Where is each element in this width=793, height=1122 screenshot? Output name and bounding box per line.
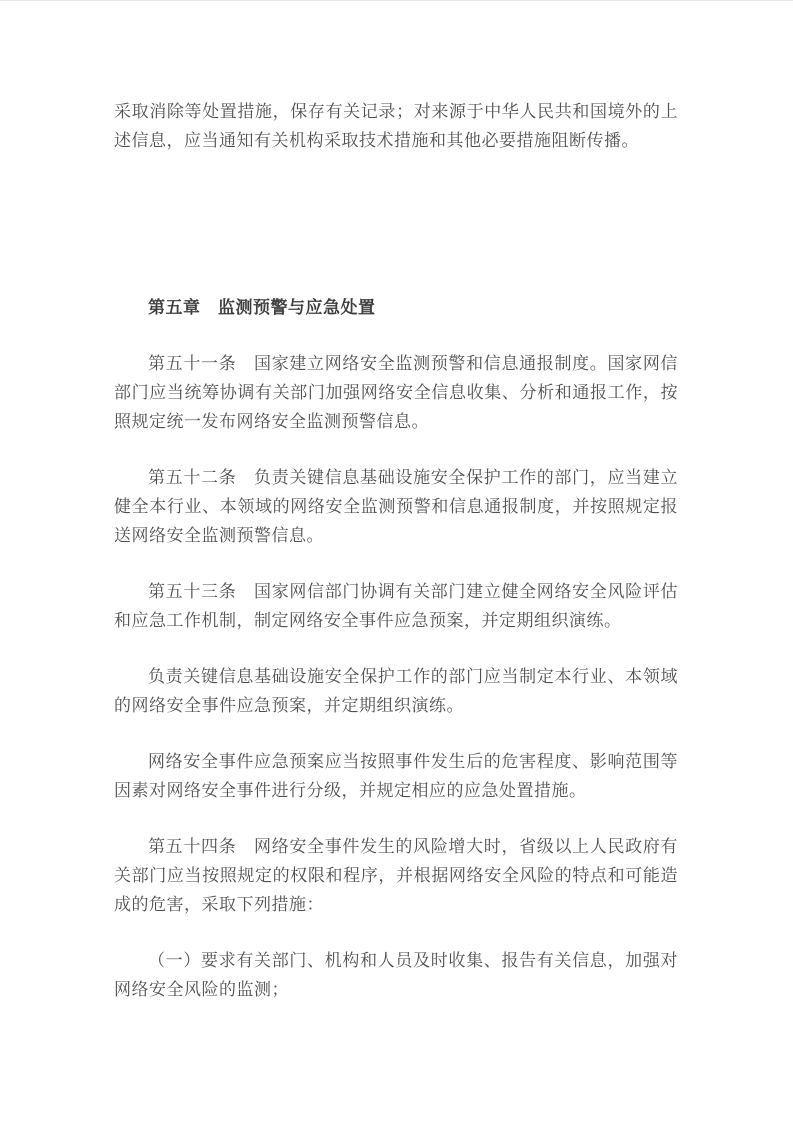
page-top-border	[0, 0, 793, 1]
document-page: 采取消除等处置措施，保存有关记录；对来源于中华人民共和国境外的上述信息，应当通知…	[0, 0, 793, 1122]
paragraph-article-54-item-1: （一）要求有关部门、机构和人员及时收集、报告有关信息，加强对网络安全风险的监测；	[114, 946, 678, 1004]
paragraph-continuation: 采取消除等处置措施，保存有关记录；对来源于中华人民共和国境外的上述信息，应当通知…	[114, 97, 678, 155]
paragraph-article-53: 第五十三条 国家网信部门协调有关部门建立健全网络安全风险评估和应急工作机制，制定…	[114, 577, 678, 635]
paragraph-article-51: 第五十一条 国家建立网络安全监测预警和信息通报制度。国家网信部门应当统筹协调有关…	[114, 349, 678, 436]
paragraph-article-54: 第五十四条 网络安全事件发生的风险增大时，省级以上人民政府有关部门应当按照规定的…	[114, 832, 678, 919]
paragraph-article-52: 第五十二条 负责关键信息基础设施安全保护工作的部门，应当建立健全本行业、本领域的…	[114, 463, 678, 550]
chapter-heading: 第五章 监测预警与应急处置	[114, 293, 678, 322]
paragraph-article-53-clause-3: 网络安全事件应急预案应当按照事件发生后的危害程度、影响范围等因素对网络安全事件进…	[114, 747, 678, 805]
paragraph-article-53-clause-2: 负责关键信息基础设施安全保护工作的部门应当制定本行业、本领域的网络安全事件应急预…	[114, 662, 678, 720]
